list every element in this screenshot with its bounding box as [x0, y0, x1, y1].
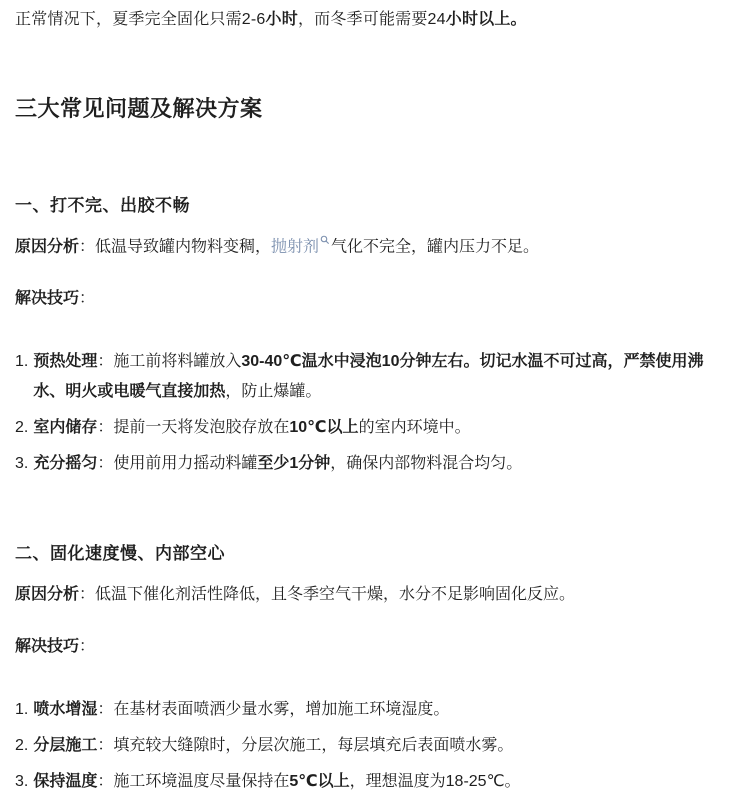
text-segment: ，理想温度为18-25℃。: [350, 773, 521, 790]
reason-paragraph: 原因分析：低温导致罐内物料变稠，抛射剂气化不完全，罐内压力不足。: [15, 235, 717, 259]
item-text: 保持温度：施工环境温度尽量保持在5℃以上，理想温度为18-25℃。: [33, 767, 717, 790]
article-page: 正常情况下，夏季完全固化只需2-6小时，而冬季可能需要24小时以上。 三大常见问…: [0, 0, 737, 790]
text-segment: 至少1分钟: [257, 455, 330, 472]
item-marker: 2.: [15, 413, 28, 443]
text-segment: ：填充较大缝隙时，分层次施工，每层填充后表面喷水雾。: [97, 737, 513, 754]
item-text: 喷水增湿：在基材表面喷洒少量水雾，增加施工环境湿度。: [33, 695, 717, 725]
text-segment: ：施工前将料罐放入: [97, 353, 241, 370]
text-segment: ：使用前用力摇动料罐: [97, 455, 257, 472]
text-segment: ，而冬季可能需要24: [298, 11, 446, 28]
text-segment: ：: [79, 638, 95, 655]
text-segment: ：: [79, 290, 95, 307]
tip-item: 3. 保持温度：施工环境温度尽量保持在5℃以上，理想温度为18-25℃。: [15, 767, 717, 790]
text-segment: ，确保内部物料混合均匀。: [330, 455, 522, 472]
entity-link[interactable]: 抛射剂: [271, 238, 319, 255]
text-segment: 分层施工: [33, 737, 97, 754]
text-segment: 5℃以上: [289, 773, 349, 790]
item-text: 预热处理：施工前将料罐放入30-40℃温水中浸泡10分钟左右。切记水温不可过高，…: [33, 347, 717, 407]
text-segment: 的室内环境中。: [359, 419, 471, 436]
tips-label: 解决技巧：: [15, 287, 717, 311]
text-segment: 充分摇匀: [33, 455, 97, 472]
item-text: 分层施工：填充较大缝隙时，分层次施工，每层填充后表面喷水雾。: [33, 731, 717, 761]
item-marker: 2.: [15, 731, 28, 761]
tips-label: 解决技巧：: [15, 635, 717, 659]
text-segment: ：施工环境温度尽量保持在: [97, 773, 289, 790]
text-segment: 小时以上。: [446, 11, 527, 28]
main-heading: 三大常见问题及解决方案: [15, 95, 717, 123]
text-segment: ：提前一天将发泡胶存放在: [97, 419, 289, 436]
section: 一、打不完、出胶不畅 原因分析：低温导致罐内物料变稠，抛射剂气化不完全，罐内压力…: [15, 195, 717, 479]
tip-item: 3. 充分摇匀：使用前用力摇动料罐至少1分钟，确保内部物料混合均匀。: [15, 449, 717, 479]
section-heading: 二、固化速度慢、内部空心: [15, 543, 717, 565]
text-segment: 正常情况下，夏季完全固化只需2-6: [15, 11, 266, 28]
item-text: 室内储存：提前一天将发泡胶存放在10℃以上的室内环境中。: [33, 413, 717, 443]
text-segment: 气化不完全，罐内压力不足。: [331, 238, 539, 255]
search-icon: [320, 235, 330, 245]
text-segment: 小时: [266, 11, 298, 28]
tip-item: 1. 喷水增湿：在基材表面喷洒少量水雾，增加施工环境湿度。: [15, 695, 717, 725]
tip-item: 2. 室内储存：提前一天将发泡胶存放在10℃以上的室内环境中。: [15, 413, 717, 443]
reason-paragraph: 原因分析：低温下催化剂活性降低，且冬季空气干燥，水分不足影响固化反应。: [15, 583, 717, 607]
tip-list: 1. 预热处理：施工前将料罐放入30-40℃温水中浸泡10分钟左右。切记水温不可…: [15, 347, 717, 479]
text-segment: 预热处理: [33, 353, 97, 370]
item-marker: 3.: [15, 767, 28, 790]
item-text: 充分摇匀：使用前用力摇动料罐至少1分钟，确保内部物料混合均匀。: [33, 449, 717, 479]
text-segment: 解决技巧: [15, 638, 79, 655]
text-segment: 原因分析: [15, 586, 79, 603]
text-segment: 解决技巧: [15, 290, 79, 307]
tip-list: 1. 喷水增湿：在基材表面喷洒少量水雾，增加施工环境湿度。 2. 分层施工：填充…: [15, 695, 717, 790]
text-segment: 室内储存: [33, 419, 97, 436]
text-segment: ：低温导致罐内物料变稠，: [79, 238, 271, 255]
text-segment: ：低温下催化剂活性降低，且冬季空气干燥，水分不足影响固化反应。: [79, 586, 575, 603]
item-marker: 1.: [15, 347, 28, 377]
text-segment: 10℃以上: [289, 419, 358, 436]
sections-container: 一、打不完、出胶不畅 原因分析：低温导致罐内物料变稠，抛射剂气化不完全，罐内压力…: [15, 195, 717, 790]
item-marker: 3.: [15, 449, 28, 479]
text-segment: 原因分析: [15, 238, 79, 255]
tip-item: 2. 分层施工：填充较大缝隙时，分层次施工，每层填充后表面喷水雾。: [15, 731, 717, 761]
text-segment: ：在基材表面喷洒少量水雾，增加施工环境湿度。: [97, 701, 449, 718]
tip-item: 1. 预热处理：施工前将料罐放入30-40℃温水中浸泡10分钟左右。切记水温不可…: [15, 347, 717, 407]
section-heading: 一、打不完、出胶不畅: [15, 195, 717, 217]
text-segment: 保持温度: [33, 773, 97, 790]
text-segment: ，防止爆罐。: [225, 383, 321, 400]
text-segment: 喷水增湿: [33, 701, 97, 718]
section: 二、固化速度慢、内部空心 原因分析：低温下催化剂活性降低，且冬季空气干燥，水分不…: [15, 543, 717, 790]
item-marker: 1.: [15, 695, 28, 725]
intro-paragraph: 正常情况下，夏季完全固化只需2-6小时，而冬季可能需要24小时以上。: [15, 8, 717, 32]
